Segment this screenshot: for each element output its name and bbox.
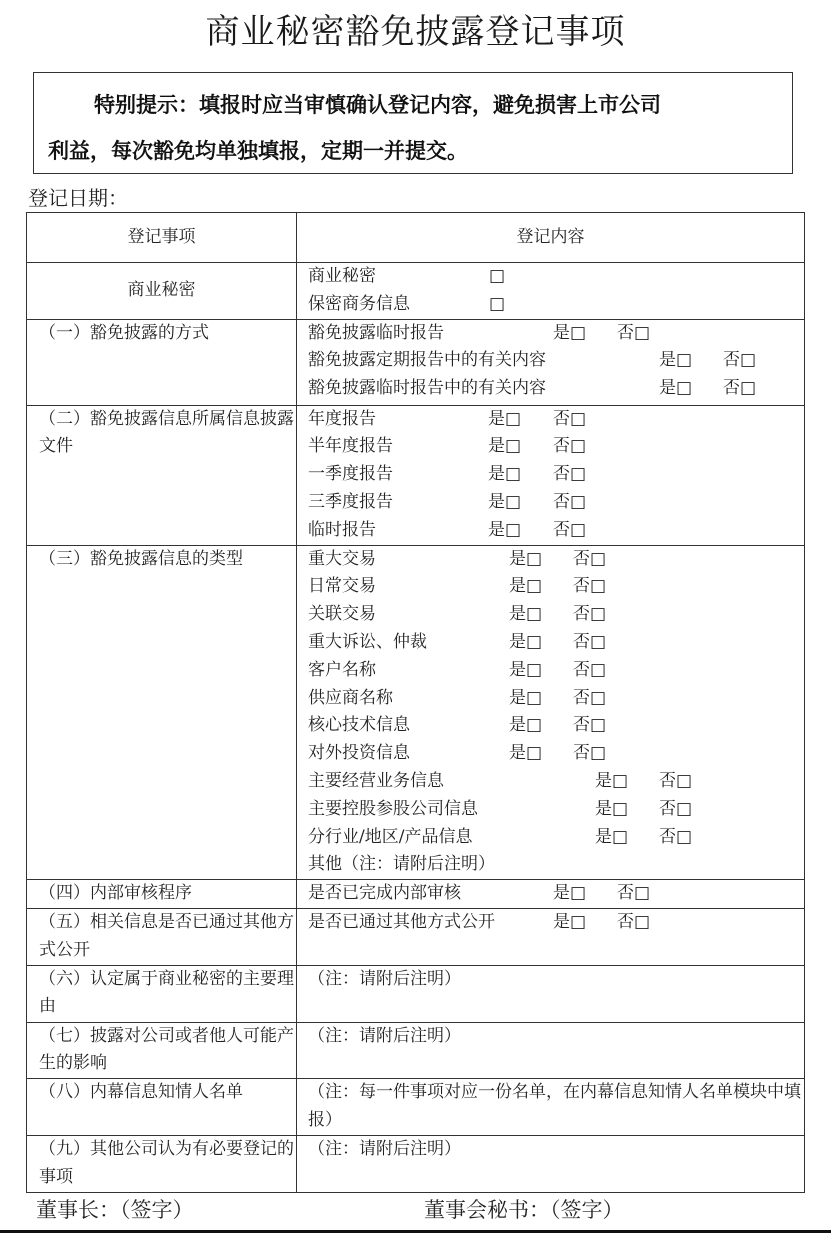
no-checkbox[interactable]: 否 [553, 406, 586, 434]
row-item-label: 商业秘密 [27, 263, 297, 320]
option-label: 主要控股参股公司信息 [308, 799, 478, 819]
registration-table: 登记事项 登记内容 商业秘密 商业秘密 □ 保密商务信息 □ （一）豁免披露的方… [26, 212, 805, 1193]
checkbox[interactable]: □ [489, 291, 505, 319]
row-item-label: （三）豁免披露信息的类型 [27, 545, 297, 880]
yes-checkbox[interactable]: 是 [509, 601, 542, 629]
option-line: 豁免披露定期报告中的有关内容 是 否 [308, 347, 804, 375]
yes-checkbox[interactable]: 是 [595, 796, 628, 824]
option-line: 主要经营业务信息是否 [308, 768, 804, 796]
table-row: （九）其他公司认为有必要登记的事项 （注：请附后注明） [27, 1135, 805, 1192]
yes-checkbox[interactable]: 是 [488, 517, 521, 545]
yes-checkbox[interactable]: 是 [488, 433, 521, 461]
yes-checkbox[interactable]: 是 [509, 546, 542, 574]
row-item-label: （六）认定属于商业秘密的主要理由 [27, 965, 297, 1022]
option-label: 重大交易 [308, 549, 376, 569]
option-line: 核心技术信息是否 [308, 712, 804, 740]
option-line: 日常交易是否 [308, 573, 804, 601]
option-label-other: 其他（注：请附后注明） [308, 854, 495, 874]
row-item-label: （四）内部审核程序 [27, 880, 297, 909]
table-row: （七）披露对公司或者他人可能产生的影响 （注：请附后注明） [27, 1022, 805, 1079]
option-line: 是否已通过其他方式公开 是 否 [308, 909, 804, 937]
row-note[interactable]: （注：每一件事项对应一份名单，在内幕信息知情人名单模块中填报） [297, 1079, 805, 1136]
row-content: 是否已完成内部审核 是 否 [297, 880, 805, 909]
option-label: 是否已完成内部审核 [308, 883, 461, 903]
no-checkbox[interactable]: 否 [659, 768, 692, 796]
yes-checkbox[interactable]: 是 [509, 712, 542, 740]
row-item-label: （九）其他公司认为有必要登记的事项 [27, 1135, 297, 1192]
no-checkbox[interactable]: 否 [573, 601, 606, 629]
table-row: （二）豁免披露信息所属信息披露文件 年度报告 是 否 半年度报告 是 否 一季度… [27, 405, 805, 545]
no-checkbox[interactable]: 否 [573, 573, 606, 601]
yes-checkbox[interactable]: 是 [509, 740, 542, 768]
row-content: 是否已通过其他方式公开 是 否 [297, 908, 805, 965]
option-label: 保密商务信息 [308, 294, 410, 314]
special-notice-box: 特别提示：填报时应当审慎确认登记内容，避免损害上市公司 利益，每次豁免均单独填报… [33, 72, 793, 174]
option-line: 是否已完成内部审核 是 否 [308, 880, 804, 908]
option-label: 是否已通过其他方式公开 [308, 912, 495, 932]
no-checkbox[interactable]: 否 [723, 347, 756, 375]
header-item: 登记事项 [27, 213, 297, 263]
no-checkbox[interactable]: 否 [573, 712, 606, 740]
yes-checkbox[interactable]: 是 [488, 489, 521, 517]
row-item-label: （八）内幕信息知情人名单 [27, 1079, 297, 1136]
yes-checkbox[interactable]: 是 [659, 347, 692, 375]
yes-checkbox[interactable]: 是 [659, 375, 692, 403]
table-row: （五）相关信息是否已通过其他方式公开 是否已通过其他方式公开 是 否 [27, 908, 805, 965]
option-label: 对外投资信息 [308, 743, 410, 763]
no-checkbox[interactable]: 否 [573, 546, 606, 574]
yes-checkbox[interactable]: 是 [595, 824, 628, 852]
table-row: （六）认定属于商业秘密的主要理由 （注：请附后注明） [27, 965, 805, 1022]
option-label: 一季度报告 [308, 464, 393, 484]
no-checkbox[interactable]: 否 [617, 880, 650, 908]
yes-checkbox[interactable]: 是 [509, 685, 542, 713]
option-label: 重大诉讼、仲裁 [308, 632, 427, 652]
option-line: 重大交易是否 [308, 546, 804, 574]
option-label: 半年度报告 [308, 436, 393, 456]
option-line: 商业秘密 □ [308, 263, 804, 291]
row-note[interactable]: （注：请附后注明） [297, 1022, 805, 1079]
option-line: 三季度报告 是 否 [308, 489, 804, 517]
row-item-label: （七）披露对公司或者他人可能产生的影响 [27, 1022, 297, 1079]
yes-checkbox[interactable]: 是 [488, 461, 521, 489]
row-content: 年度报告 是 否 半年度报告 是 否 一季度报告 是 否 三季度报告 是 否 临… [297, 405, 805, 545]
no-checkbox[interactable]: 否 [553, 433, 586, 461]
table-row: 商业秘密 商业秘密 □ 保密商务信息 □ [27, 263, 805, 320]
yes-checkbox[interactable]: 是 [595, 768, 628, 796]
yes-checkbox[interactable]: 是 [553, 320, 586, 348]
no-checkbox[interactable]: 否 [659, 824, 692, 852]
option-line: 关联交易是否 [308, 601, 804, 629]
bottom-divider [0, 1230, 831, 1233]
option-line: 保密商务信息 □ [308, 291, 804, 319]
no-checkbox[interactable]: 否 [573, 740, 606, 768]
notice-line-1: 特别提示：填报时应当审慎确认登记内容，避免损害上市公司 [94, 89, 661, 119]
table-row: （一）豁免披露的方式 豁免披露临时报告 是 否 豁免披露定期报告中的有关内容 是… [27, 319, 805, 405]
no-checkbox[interactable]: 否 [617, 320, 650, 348]
option-line: 对外投资信息是否 [308, 740, 804, 768]
no-checkbox[interactable]: 否 [553, 517, 586, 545]
yes-checkbox[interactable]: 是 [509, 629, 542, 657]
secretary-signature[interactable]: 董事会秘书：（签字） [424, 1196, 624, 1224]
table-row: （八）内幕信息知情人名单 （注：每一件事项对应一份名单，在内幕信息知情人名单模块… [27, 1079, 805, 1136]
row-note[interactable]: （注：请附后注明） [297, 1135, 805, 1192]
yes-checkbox[interactable]: 是 [553, 909, 586, 937]
option-line: 年度报告 是 否 [308, 406, 804, 434]
row-content: 商业秘密 □ 保密商务信息 □ [297, 263, 805, 320]
no-checkbox[interactable]: 否 [573, 657, 606, 685]
chairman-signature[interactable]: 董事长：（签字） [36, 1196, 194, 1224]
option-line: 一季度报告 是 否 [308, 461, 804, 489]
option-line: 半年度报告 是 否 [308, 433, 804, 461]
no-checkbox[interactable]: 否 [553, 489, 586, 517]
header-content: 登记内容 [297, 213, 805, 263]
option-label: 临时报告 [308, 520, 376, 540]
option-line: 豁免披露临时报告 是 否 [308, 320, 804, 348]
no-checkbox[interactable]: 否 [553, 461, 586, 489]
option-line: 豁免披露临时报告中的有关内容 是 否 [308, 375, 804, 403]
option-label: 核心技术信息 [308, 715, 410, 735]
row-content: 重大交易是否 日常交易是否 关联交易是否 重大诉讼、仲裁是否 客户名称是否 供应… [297, 545, 805, 880]
table-header-row: 登记事项 登记内容 [27, 213, 805, 263]
option-label: 年度报告 [308, 409, 376, 429]
option-label: 商业秘密 [308, 266, 376, 286]
yes-checkbox[interactable]: 是 [509, 573, 542, 601]
yes-checkbox[interactable]: 是 [488, 406, 521, 434]
option-label: 日常交易 [308, 576, 376, 596]
no-checkbox[interactable]: 否 [573, 685, 606, 713]
page-title: 商业秘密豁免披露登记事项 [0, 8, 831, 56]
option-label: 关联交易 [308, 604, 376, 624]
option-line: 临时报告 是 否 [308, 517, 804, 545]
checkbox[interactable]: □ [489, 263, 505, 291]
option-label: 三季度报告 [308, 492, 393, 512]
no-checkbox[interactable]: 否 [723, 375, 756, 403]
option-line: 供应商名称是否 [308, 685, 804, 713]
option-label: 客户名称 [308, 660, 376, 680]
option-line: 其他（注：请附后注明） [308, 851, 804, 879]
no-checkbox[interactable]: 否 [573, 629, 606, 657]
option-line: 客户名称是否 [308, 657, 804, 685]
row-note[interactable]: （注：请附后注明） [297, 965, 805, 1022]
row-item-label: （一）豁免披露的方式 [27, 319, 297, 405]
no-checkbox[interactable]: 否 [659, 796, 692, 824]
yes-checkbox[interactable]: 是 [509, 657, 542, 685]
registration-date-label: 登记日期： [28, 186, 128, 210]
option-label: 豁免披露临时报告 [308, 323, 444, 343]
option-label: 供应商名称 [308, 688, 393, 708]
option-label: 豁免披露临时报告中的有关内容 [308, 378, 546, 398]
table-row: （三）豁免披露信息的类型 重大交易是否 日常交易是否 关联交易是否 重大诉讼、仲… [27, 545, 805, 880]
option-line: 分行业/地区/产品信息是否 [308, 824, 804, 852]
notice-line-2: 利益，每次豁免均单独填报，定期一并提交。 [48, 135, 468, 165]
row-item-label: （五）相关信息是否已通过其他方式公开 [27, 908, 297, 965]
option-label: 主要经营业务信息 [308, 771, 444, 791]
option-label: 豁免披露定期报告中的有关内容 [308, 350, 546, 370]
table-row: （四）内部审核程序 是否已完成内部审核 是 否 [27, 880, 805, 909]
option-line: 重大诉讼、仲裁是否 [308, 629, 804, 657]
no-checkbox[interactable]: 否 [617, 909, 650, 937]
yes-checkbox[interactable]: 是 [553, 880, 586, 908]
option-line: 主要控股参股公司信息是否 [308, 796, 804, 824]
row-content: 豁免披露临时报告 是 否 豁免披露定期报告中的有关内容 是 否 豁免披露临时报告… [297, 319, 805, 405]
option-label: 分行业/地区/产品信息 [308, 827, 472, 847]
row-item-label: （二）豁免披露信息所属信息披露文件 [27, 405, 297, 545]
